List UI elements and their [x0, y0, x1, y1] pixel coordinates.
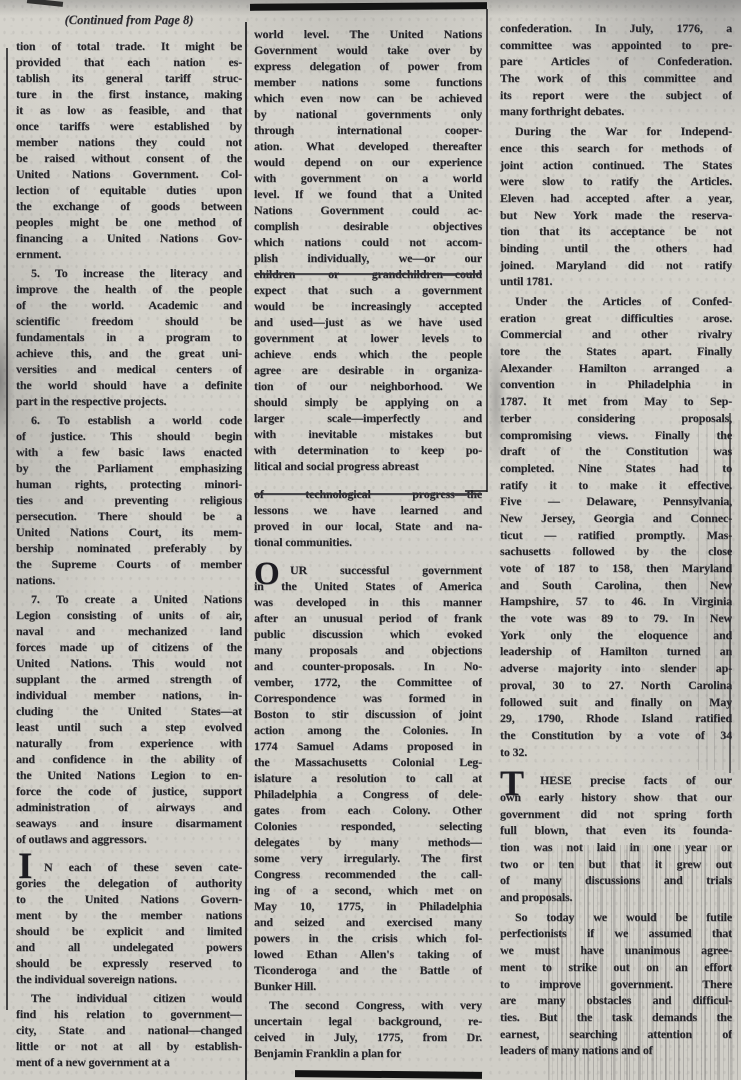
- text-line: Colonies responded, selecting: [254, 818, 482, 834]
- text-line: Philadelphia a Congress of dele-: [254, 786, 482, 802]
- text-line: least until such a step evolved: [16, 719, 242, 735]
- text-line: plish individually, we—or our: [254, 250, 482, 266]
- text-line: of outlaws and aggressors.: [16, 831, 242, 847]
- text-line: confederation. In July, 1776, a: [500, 20, 732, 37]
- text-line: forces made up of citizens of the: [16, 639, 242, 655]
- paragraph: 6. To establish a world codeof justice. …: [16, 412, 242, 588]
- text-line: member nations they could not: [16, 134, 242, 150]
- paragraph: confederation. In July, 1776, acommittee…: [500, 20, 732, 120]
- text-line: lection of equitable duties upon: [16, 182, 242, 198]
- text-line: Eleven had accepted after a year,: [500, 190, 732, 207]
- text-line: tion that its acceptance be not: [500, 223, 732, 240]
- text-line: the world should have a definite: [16, 377, 242, 393]
- text-line: ation. What developed thereafter: [254, 138, 482, 154]
- text-line: ceived in July, 1775, from Dr.: [254, 1029, 482, 1045]
- text-line: UR successful government: [254, 562, 482, 578]
- text-line: convention in Philadelphia in: [500, 376, 732, 393]
- text-line: Legion consisting of units of air,: [16, 607, 242, 623]
- text-line: the individual sovereign nations.: [16, 971, 242, 987]
- column-rule-left: [6, 48, 8, 1010]
- text-line: supplant the armed strength of: [16, 671, 242, 687]
- text-line: own early history show that our: [500, 789, 732, 806]
- text-line: individual member nations, in-: [16, 687, 242, 703]
- text-line: 5. To increase the literacy and: [16, 265, 242, 281]
- column-2: world level. The United NationsGovernmen…: [254, 26, 482, 1061]
- text-line: Alexander Hamilton arranged a: [500, 360, 732, 377]
- text-line: its report were the subject of: [500, 87, 732, 104]
- text-line: financing a United Nations Gov-: [16, 230, 242, 246]
- text-line: delegates by many methods—: [254, 834, 482, 850]
- text-line: were slow to ratify the Articles.: [500, 173, 732, 190]
- text-line: in the United States of America: [254, 578, 482, 594]
- text-line: joined. Maryland did not ratify: [500, 257, 732, 274]
- text-line: Ticonderoga and the Battle of: [254, 962, 482, 978]
- drop-cap: T: [500, 768, 524, 798]
- scan-streaks: [548, 845, 741, 1080]
- text-line: fundamentals in a program to: [16, 329, 242, 345]
- text-line: by the Parliament emphasizing: [16, 460, 242, 476]
- text-line: some very irregularly. The first: [254, 850, 482, 866]
- text-line: United Nations Court, its mem-: [16, 524, 242, 540]
- text-line: part in the respective projects.: [16, 393, 242, 409]
- text-line: should be expressly reserved to: [16, 955, 242, 971]
- text-line: and counter-proposals. In No-: [254, 658, 482, 674]
- text-line: world level. The United Nations: [254, 26, 482, 42]
- text-line: tion of our neighborhood. We: [254, 378, 482, 394]
- text-line: achieve this, and the great uni-: [16, 345, 242, 361]
- text-line: complish desirable objectives: [254, 218, 482, 234]
- text-line: HESE precise facts of our: [500, 772, 732, 789]
- text-line: Nations Government could ac-: [254, 202, 482, 218]
- text-line: and confidence in the ability of: [16, 751, 242, 767]
- text-line: 1774 Samuel Adams proposed in: [254, 738, 482, 754]
- text-line: action among the Colonies. In: [254, 722, 482, 738]
- continued-from-note: (Continued from Page 8): [16, 13, 242, 28]
- text-line: litical and social progress abreast: [254, 458, 482, 474]
- text-line: until 1781.: [500, 273, 732, 290]
- text-line: administration of airways and: [16, 799, 242, 815]
- text-line: naval and mechanized land: [16, 623, 242, 639]
- text-line: ment by the member nations: [16, 907, 242, 923]
- text-line: city, State and national—changed: [16, 1022, 242, 1038]
- text-line: ties and preventing religious: [16, 492, 242, 508]
- text-line: N each of these seven cate-: [16, 859, 242, 875]
- drop-cap: I: [18, 852, 32, 882]
- text-line: 7. To create a United Nations: [16, 591, 242, 607]
- text-line: provided that each nation es-: [16, 54, 242, 70]
- text-line: United Nations. This would not: [16, 655, 242, 671]
- text-line: Under the Articles of Confed-: [500, 293, 732, 310]
- paragraph: OUR successful governmentin the United S…: [254, 562, 482, 994]
- paragraph: world level. The United NationsGovernmen…: [254, 26, 482, 474]
- text-line: full blown, that even its founda-: [500, 822, 732, 839]
- text-line: the exchange of goods between: [16, 198, 242, 214]
- box-rule-right: [486, 9, 488, 492]
- text-line: Correspondence was formed in: [254, 690, 482, 706]
- text-line: with determination to keep po-: [254, 442, 482, 458]
- text-line: many proposals and objections: [254, 642, 482, 658]
- text-line: government did not spring forth: [500, 806, 732, 823]
- text-line: vember, 1772, the Committee of: [254, 674, 482, 690]
- text-line: should simply be applying on a: [254, 394, 482, 410]
- text-line: achieve ends which the people: [254, 346, 482, 362]
- bottom-rule-bar: [295, 1070, 482, 1079]
- text-line: Congress recommended the call-: [254, 866, 482, 882]
- text-line: The individual citizen would: [16, 990, 242, 1006]
- text-line: member nations some functions: [254, 74, 482, 90]
- paragraph: 5. To increase the literacy andimprove t…: [16, 265, 242, 409]
- text-line: through international cooper-: [254, 122, 482, 138]
- text-line: ernment.: [16, 246, 242, 262]
- text-line: May 10, 1775, in Philadelphia: [254, 898, 482, 914]
- text-line: by national governments only: [254, 106, 482, 122]
- newspaper-scan-page: (Continued from Page 8) tion of total tr…: [0, 0, 741, 1080]
- text-line: eration great difficulties arose.: [500, 310, 732, 327]
- text-line: The work of this committee and: [500, 70, 732, 87]
- text-line: of the world. Academic and: [16, 297, 242, 313]
- text-line: joint action continued. The States: [500, 157, 732, 174]
- text-line: powers in the crisis which fol-: [254, 930, 482, 946]
- text-line: 1787. It met from May to Sep-: [500, 393, 732, 410]
- text-line: expect that such a government: [254, 282, 482, 298]
- text-line: with inevitable mistakes but: [254, 426, 482, 442]
- text-line: committee was appointed to pre-: [500, 37, 732, 54]
- paragraph: of technological progress—thelessons we …: [254, 486, 482, 550]
- text-line: which even now can be achieved: [254, 90, 482, 106]
- text-line: of justice. This should begin: [16, 428, 242, 444]
- text-line: seaways and insure disarmament: [16, 815, 242, 831]
- text-line: to the United Nations Govern-: [16, 891, 242, 907]
- text-line: it as low as feasible, and that: [16, 102, 242, 118]
- text-line: naturally from experience with: [16, 735, 242, 751]
- text-line: scientific freedom should be: [16, 313, 242, 329]
- paragraph: IN each of these seven cate-gories the d…: [16, 859, 242, 987]
- text-line: ture in the first instance, making: [16, 86, 242, 102]
- text-line: gories the delegation of authority: [16, 875, 242, 891]
- text-line: The second Congress, with very: [254, 997, 482, 1013]
- text-line: binding until the others had: [500, 240, 732, 257]
- text-line: once tariffs were established by: [16, 118, 242, 134]
- text-line: find his relation to government—: [16, 1006, 242, 1022]
- text-line: after an unusual period of frank: [254, 610, 482, 626]
- text-line: human rights, protecting minori-: [16, 476, 242, 492]
- paragraph: tion of total trade. It might beprovided…: [16, 38, 242, 262]
- text-line: Government would take over by: [254, 42, 482, 58]
- text-line: would depend on our experience: [254, 154, 482, 170]
- text-line: and all undelegated powers: [16, 939, 242, 955]
- text-line: bership nominated preferably by: [16, 540, 242, 556]
- text-line: tore the States apart. Finally: [500, 343, 732, 360]
- text-line: versities and medical centers of: [16, 361, 242, 377]
- drop-cap: O: [254, 559, 280, 589]
- text-line: with a few basic laws enacted: [16, 444, 242, 460]
- text-line: children or grandchildren—could: [254, 266, 482, 282]
- text-line: lessons we have learned and: [254, 502, 482, 518]
- text-line: agree are desirable in organiza-: [254, 362, 482, 378]
- text-line: larger scale—imperfectly and: [254, 410, 482, 426]
- text-line: be raised without consent of the: [16, 150, 242, 166]
- text-line: should be explicit and limited: [16, 923, 242, 939]
- text-line: United Nations Government. Col-: [16, 166, 242, 182]
- text-line: level. If we found that a United: [254, 186, 482, 202]
- scan-streaks: [698, 420, 740, 770]
- text-line: tablish its general tariff struc-: [16, 70, 242, 86]
- text-line: Commercial and other rivalry: [500, 326, 732, 343]
- text-line: ing of a second, which met on: [254, 882, 482, 898]
- text-line: the United Nations Legion to en-: [16, 767, 242, 783]
- text-line: ence this search for methods of: [500, 140, 732, 157]
- text-line: Benjamin Franklin a plan for: [254, 1045, 482, 1061]
- text-line: islature a resolution to call at: [254, 770, 482, 786]
- text-line: nations.: [16, 572, 242, 588]
- text-line: and used—just as we have used: [254, 314, 482, 330]
- text-line: of technological progress—the: [254, 486, 482, 502]
- paragraph: The individual citizen wouldfind his rel…: [16, 990, 242, 1070]
- text-line: lowed Ethan Allen's taking of: [254, 946, 482, 962]
- text-line: peoples might be one method of: [16, 214, 242, 230]
- text-line: and seized and exercised many: [254, 914, 482, 930]
- text-line: many forthright debates.: [500, 103, 732, 120]
- text-line: persecution. There should be a: [16, 508, 242, 524]
- column-1: tion of total trade. It might beprovided…: [16, 38, 242, 1070]
- column-rule-middle: [245, 22, 247, 1080]
- text-line: the Massachusetts Colonial Leg-: [254, 754, 482, 770]
- text-line: improve the health of the people: [16, 281, 242, 297]
- text-line: express delegation of power from: [254, 58, 482, 74]
- text-line: little or not at all by establish-: [16, 1038, 242, 1054]
- text-line: government at lower levels to: [254, 330, 482, 346]
- text-line: force the code of justice, support: [16, 783, 242, 799]
- text-line: proved in our local, State and na-: [254, 518, 482, 534]
- text-line: the Supreme Courts of member: [16, 556, 242, 572]
- text-line: Boston to stir discussion of joint: [254, 706, 482, 722]
- paragraph: 7. To create a United NationsLegion cons…: [16, 591, 242, 847]
- text-line: tional communities.: [254, 534, 482, 550]
- text-line: ment of a new government at a: [16, 1054, 242, 1070]
- text-line: public discussion which evoked: [254, 626, 482, 642]
- text-line: Bunker Hill.: [254, 978, 482, 994]
- text-line: with government on a world: [254, 170, 482, 186]
- paragraph: The second Congress, with veryuncertain …: [254, 997, 482, 1061]
- text-line: which nations could not accom-: [254, 234, 482, 250]
- text-line: was developed in this manner: [254, 594, 482, 610]
- text-line: tion of total trade. It might be: [16, 38, 242, 54]
- text-line: cluding the United States—at: [16, 703, 242, 719]
- text-line: gates from each Colony. Other: [254, 802, 482, 818]
- text-line: but New York made the reserva-: [500, 207, 732, 224]
- text-line: would be increasingly accepted: [254, 298, 482, 314]
- text-line: pare Articles of Confederation.: [500, 53, 732, 70]
- text-line: 6. To establish a world code: [16, 412, 242, 428]
- text-line: During the War for Independ-: [500, 123, 732, 140]
- text-line: uncertain legal background, re-: [254, 1013, 482, 1029]
- paragraph: During the War for Independ-ence this se…: [500, 123, 732, 290]
